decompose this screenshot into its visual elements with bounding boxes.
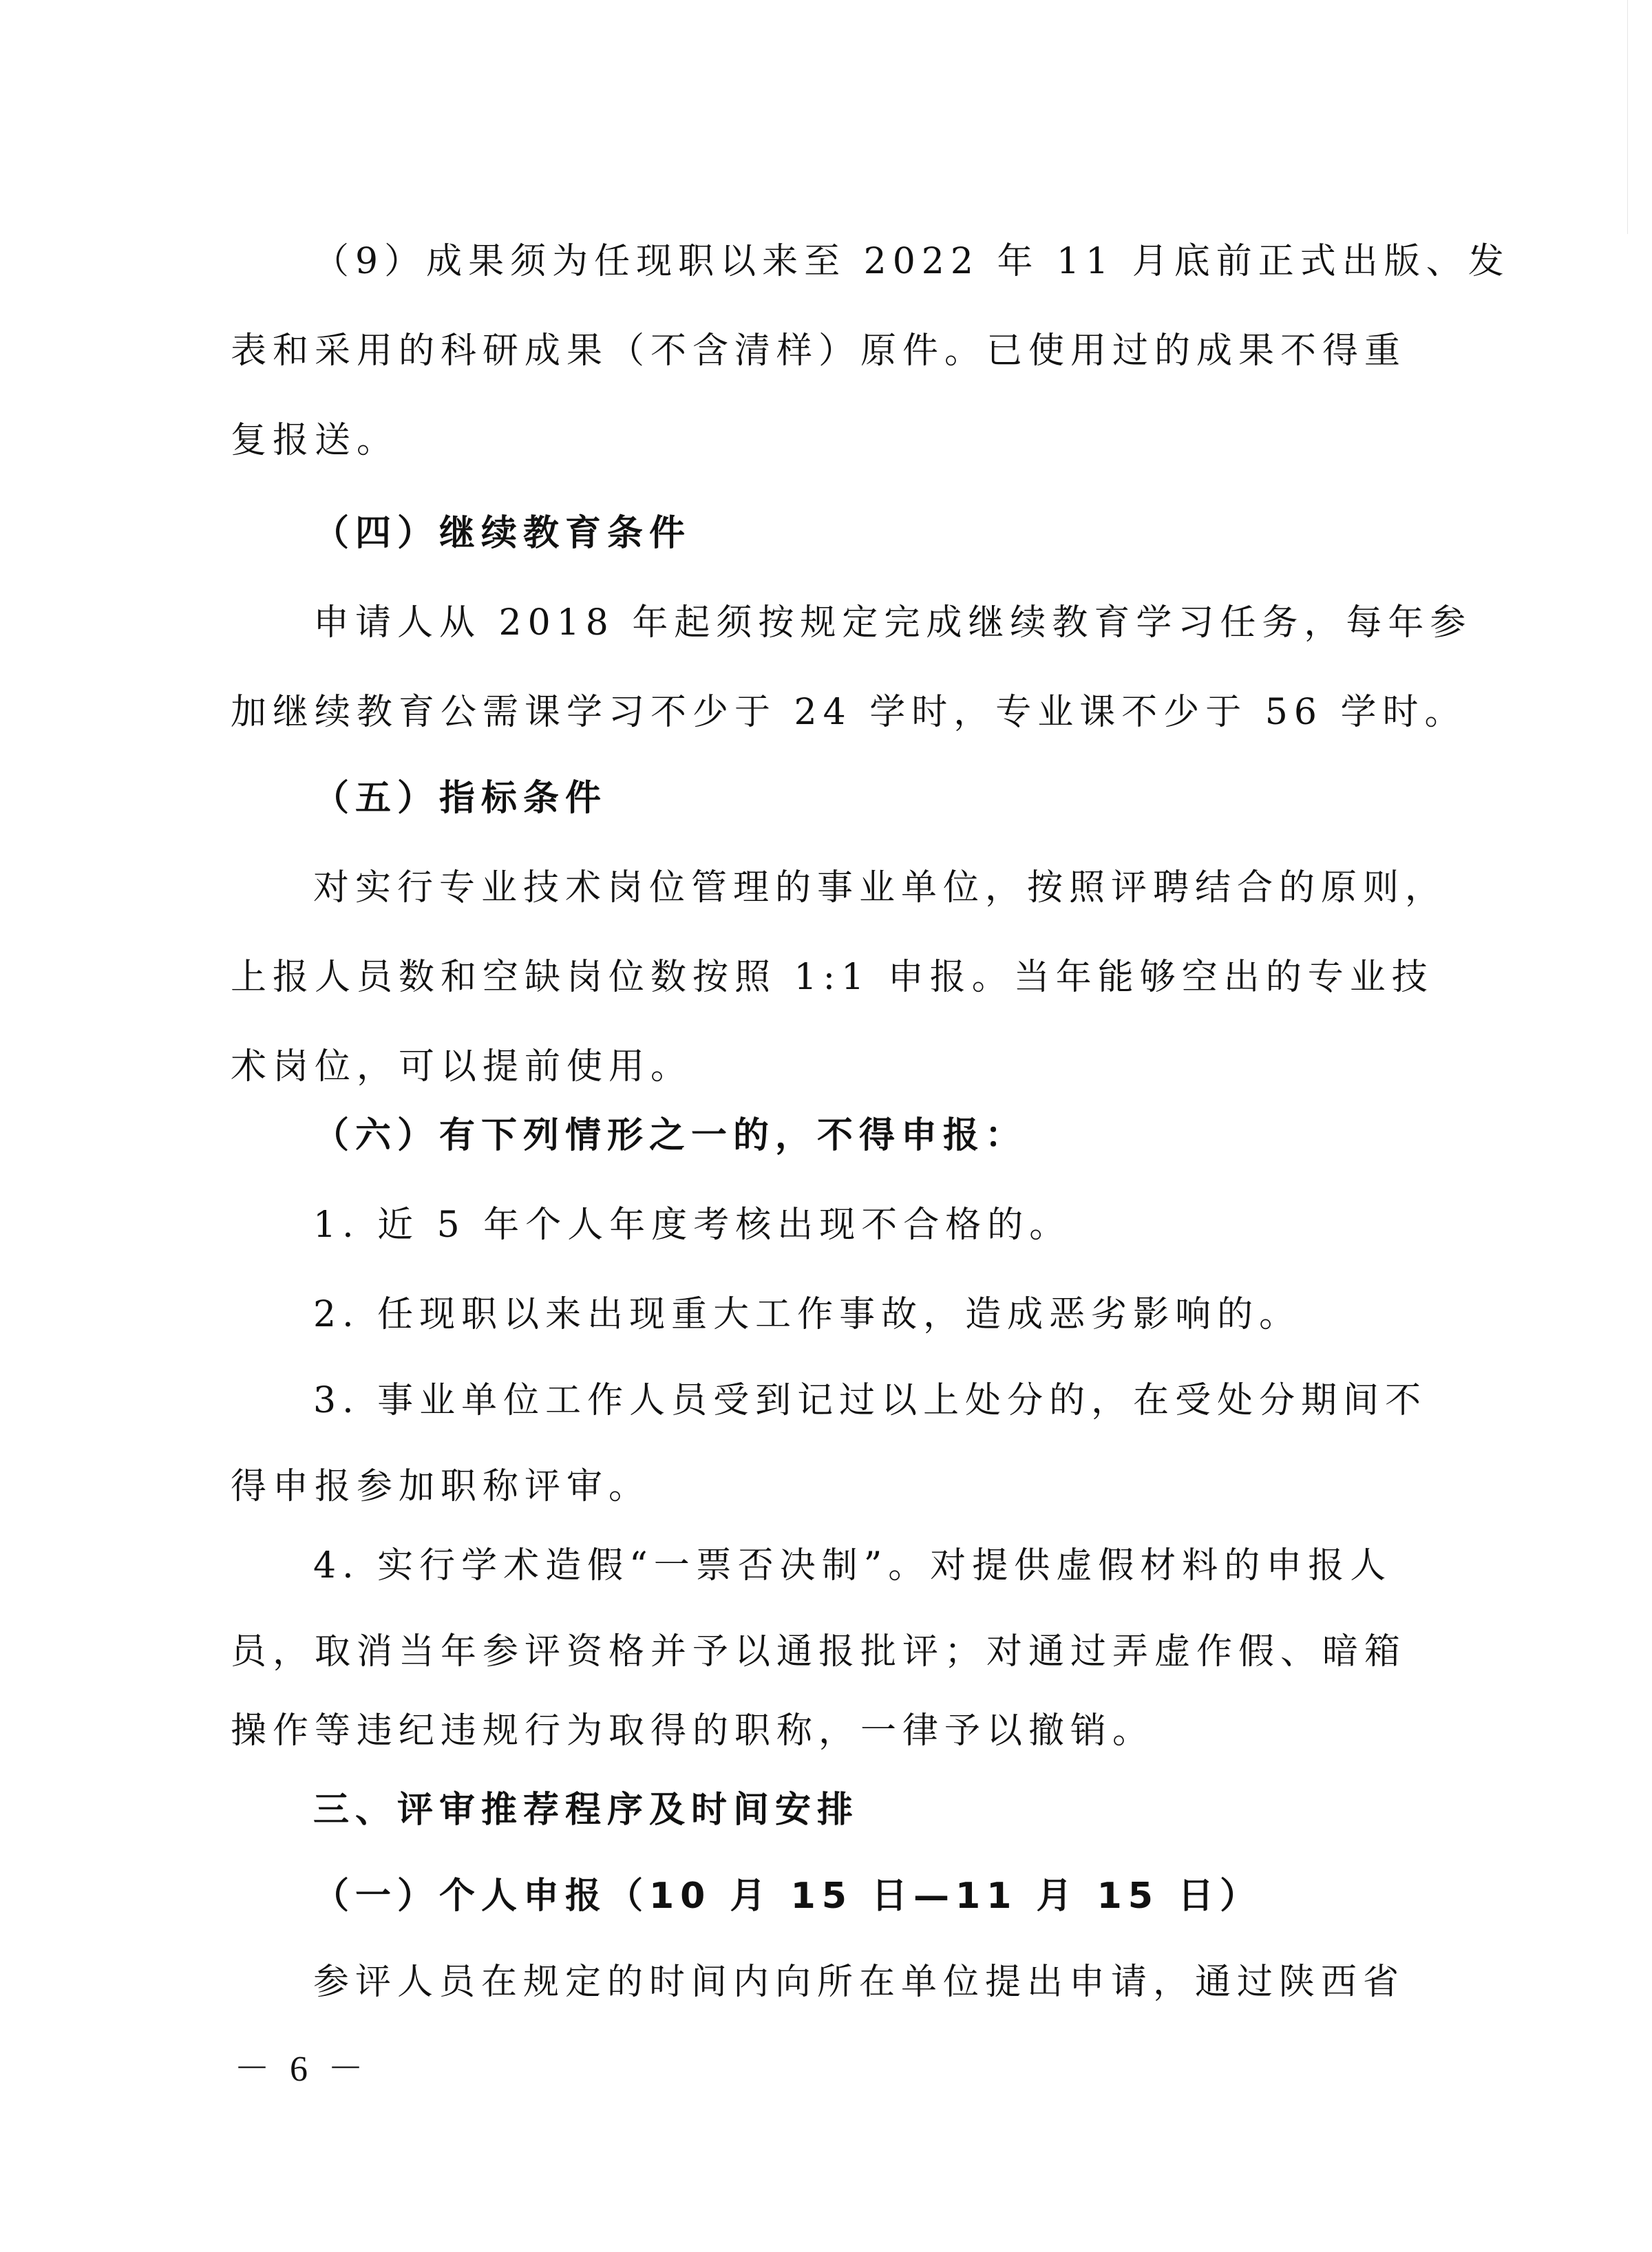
section-heading-review-procedure: 三、评审推荐程序及时间安排	[313, 1786, 1483, 1834]
list-item-continuation: 得申报参加职称评审。	[231, 1463, 1401, 1511]
paragraph-line: 术岗位，可以提前使用。	[231, 1043, 1401, 1091]
list-item: 3. 事业单位工作人员受到记过以上处分的，在受处分期间不	[313, 1377, 1483, 1425]
paragraph-line: 对实行专业技术岗位管理的事业单位，按照评聘结合的原则，	[313, 864, 1483, 912]
list-item: 1. 近 5 年个人年度考核出现不合格的。	[313, 1201, 1483, 1249]
paragraph-line: 参评人员在规定的时间内向所在单位提出申请，通过陕西省	[313, 1958, 1483, 2006]
list-item: 2. 任现职以来出现重大工作事故，造成恶劣影响的。	[313, 1290, 1483, 1339]
list-item: 4. 实行学术造假“一票否决制”。对提供虚假材料的申报人	[313, 1542, 1483, 1590]
section-heading-disqualifications: （六）有下列情形之一的，不得申报：	[313, 1112, 1483, 1160]
subsection-heading-personal-application: （一）个人申报（10 月 15 日—11 月 15 日）	[313, 1872, 1483, 1920]
paragraph-line: 表和采用的科研成果（不含清样）原件。已使用过的成果不得重	[231, 327, 1401, 375]
paragraph-line: 上报人员数和空缺岗位数按照 1:1 申报。当年能够空出的专业技	[231, 953, 1401, 1001]
paragraph-line: 申请人从 2018 年起须按规定完成继续教育学习任务，每年参	[313, 599, 1483, 647]
scan-edge-line	[1627, 0, 1628, 234]
list-item-continuation: 操作等违纪违规行为取得的职称，一律予以撤销。	[231, 1707, 1401, 1755]
paragraph-line: 复报送。	[231, 416, 1401, 465]
paragraph-line: 加继续教育公需课学习不少于 24 学时，专业课不少于 56 学时。	[231, 688, 1401, 736]
page-number: － 6 －	[234, 2046, 369, 2094]
section-heading-quota-conditions: （五）指标条件	[313, 774, 1483, 822]
list-item-continuation: 员，取消当年参评资格并予以通报批评；对通过弄虚作假、暗箱	[231, 1628, 1401, 1676]
paragraph-line: （9）成果须为任现职以来至 2022 年 11 月底前正式出版、发	[313, 237, 1483, 286]
section-heading-continuing-education: （四）继续教育条件	[313, 509, 1483, 557]
document-page: （9）成果须为任现职以来至 2022 年 11 月底前正式出版、发 表和采用的科…	[0, 0, 1652, 2252]
